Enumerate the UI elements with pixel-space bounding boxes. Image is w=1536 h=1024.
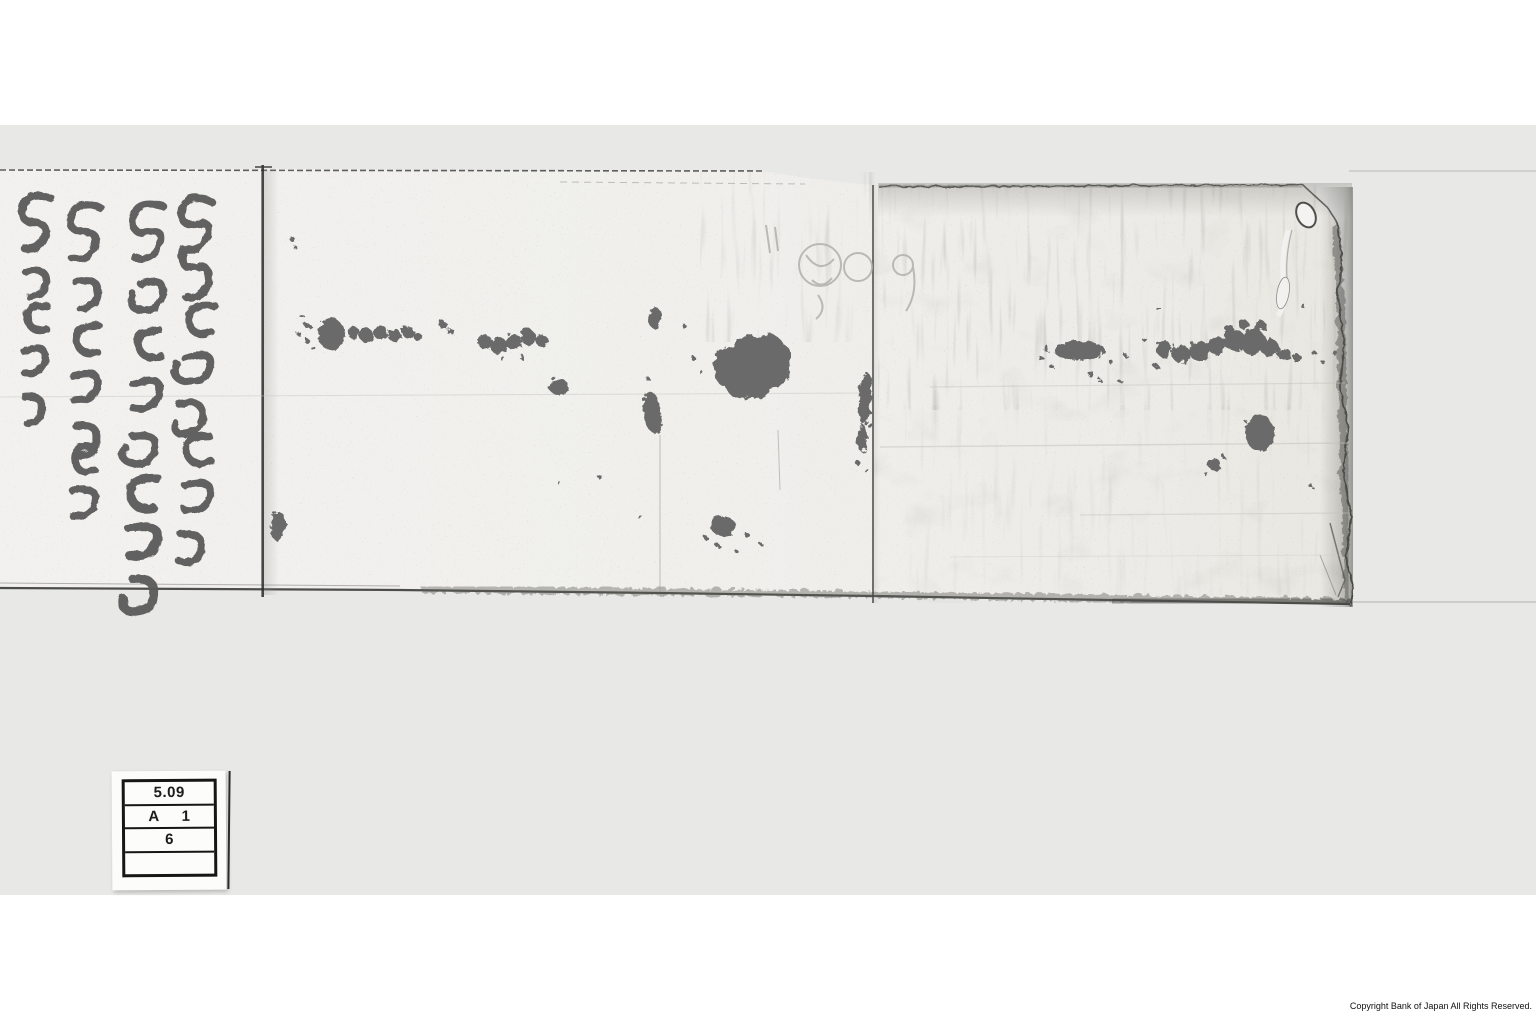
scanned-document-page: 5.09 A 1 6 Copyright Bank of Japan All R… xyxy=(0,0,1536,1024)
label-card-value-2b: 1 xyxy=(182,808,191,825)
label-card-value-3: 6 xyxy=(165,831,174,848)
copyright-text: Copyright Bank of Japan All Rights Reser… xyxy=(1312,1001,1532,1011)
label-card-row-1: 5.09 xyxy=(125,782,214,806)
label-card-row-2: A 1 xyxy=(125,805,214,829)
label-card-table: 5.09 A 1 6 xyxy=(122,779,218,878)
label-card-row-3: 6 xyxy=(125,829,214,853)
label-card-row-4 xyxy=(125,852,214,874)
label-card-value-2a: A xyxy=(148,808,159,825)
label-card-value-1: 5.09 xyxy=(154,784,185,801)
label-card: 5.09 A 1 6 xyxy=(112,771,227,891)
